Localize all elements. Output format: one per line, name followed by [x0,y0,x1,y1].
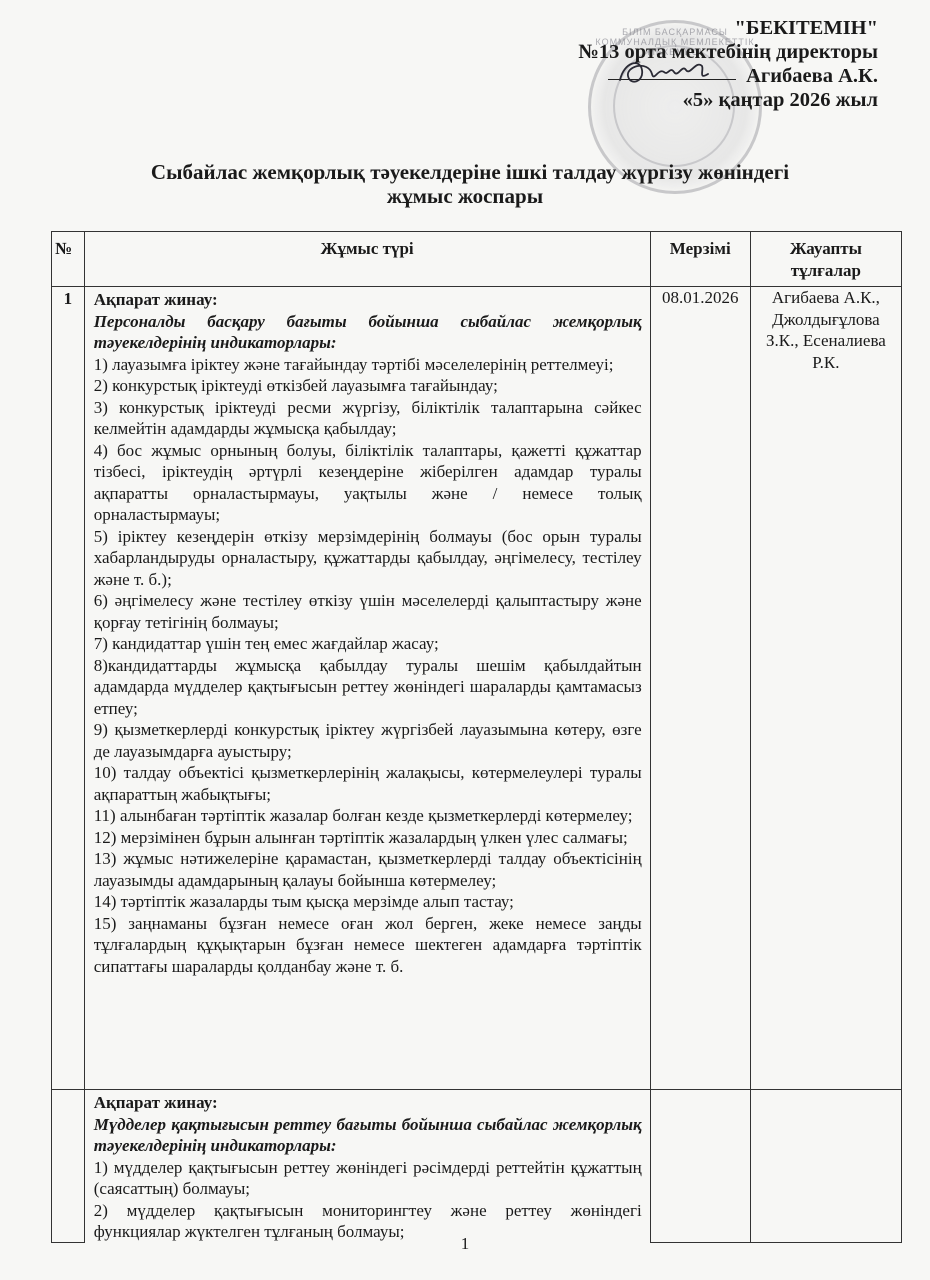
header-work-type: Жұмыс түрі [84,232,650,287]
section-label: Ақпарат жинау: [94,289,642,311]
deadline-cell [650,1090,750,1243]
section-subtitle: Мүдделер қақтығысын реттеу бағыты бойынш… [94,1114,642,1157]
table-row: Ақпарат жинау: Мүдделер қақтығысын ретте… [52,1090,902,1243]
section-subtitle: Персоналды басқару бағыты бойынша сыбайл… [94,311,642,354]
indicator-item: 11) алынбаған тәртіптік жазалар болған к… [94,805,642,827]
responsible-cell: Агибаева А.К., Джолдығұлова З.К., Есенал… [750,287,901,1090]
title-line-2: жұмыс жоспары [387,184,543,208]
document-title: Сыбайлас жемқорлық тәуекелдеріне ішкі та… [0,160,930,208]
indicator-item: 12) мерзімінен бұрын алынған тәртіптік ж… [94,827,642,849]
approval-name: Агибаева А.К. [746,65,878,87]
indicator-item: 4) бос жұмыс орнының болуы, біліктілік т… [94,440,642,526]
indicator-item: 10) талдау объектісі қызметкерлерінің жа… [94,762,642,805]
indicator-item: 7) кандидаттар үшін тең емес жағдайлар ж… [94,633,642,655]
indicator-item: 9) қызметкерлерді конкурстық іріктеу жүр… [94,719,642,762]
indicator-item: 14) тәртіптік жазаларды тым қысқа мерзім… [94,891,642,913]
responsible-cell [750,1090,901,1243]
indicator-item: 15) заңнаманы бұзған немесе оған жол бер… [94,913,642,978]
indicator-item: 1) лауазымға іріктеу және тағайындау тәр… [94,354,642,376]
approval-heading: "БЕКІТЕМІН" [578,16,878,40]
header-responsible: Жауапты тұлғалар [750,232,901,287]
work-description: Ақпарат жинау: Персоналды басқару бағыты… [84,287,650,1090]
header-number: № [52,232,85,287]
page-number: 1 [0,1234,930,1254]
work-description: Ақпарат жинау: Мүдделер қақтығысын ретте… [84,1090,650,1243]
indicator-item: 5) іріктеу кезеңдерін өткізу мерзімдерін… [94,526,642,591]
indicator-item: 8)кандидаттарды жұмысқа қабылдау туралы … [94,655,642,720]
table-header-row: № Жұмыс түрі Мерзімі Жауапты тұлғалар [52,232,902,287]
table-row: 1 Ақпарат жинау: Персоналды басқару бағы… [52,287,902,1090]
title-line-1: Сыбайлас жемқорлық тәуекелдеріне ішкі та… [0,160,930,184]
indicator-item: 6) әңгімелесу және тестілеу өткізу үшін … [94,590,642,633]
row-number: 1 [52,287,85,1090]
indicator-item: 1) мүдделер қақтығысын реттеу жөніндегі … [94,1157,642,1200]
indicator-item: 2) конкурстық іріктеуді өткізбей лауазым… [94,375,642,397]
indicator-item: 3) конкурстық іріктеуді ресми жүргізу, б… [94,397,642,440]
header-deadline: Мерзімі [650,232,750,287]
row-number [52,1090,85,1243]
signature-icon [612,52,722,92]
deadline-cell: 08.01.2026 [650,287,750,1090]
section-label: Ақпарат жинау: [94,1092,642,1114]
indicator-item: 13) жұмыс нәтижелеріне қарамастан, қызме… [94,848,642,891]
work-plan-table: № Жұмыс түрі Мерзімі Жауапты тұлғалар 1 … [51,231,902,1243]
